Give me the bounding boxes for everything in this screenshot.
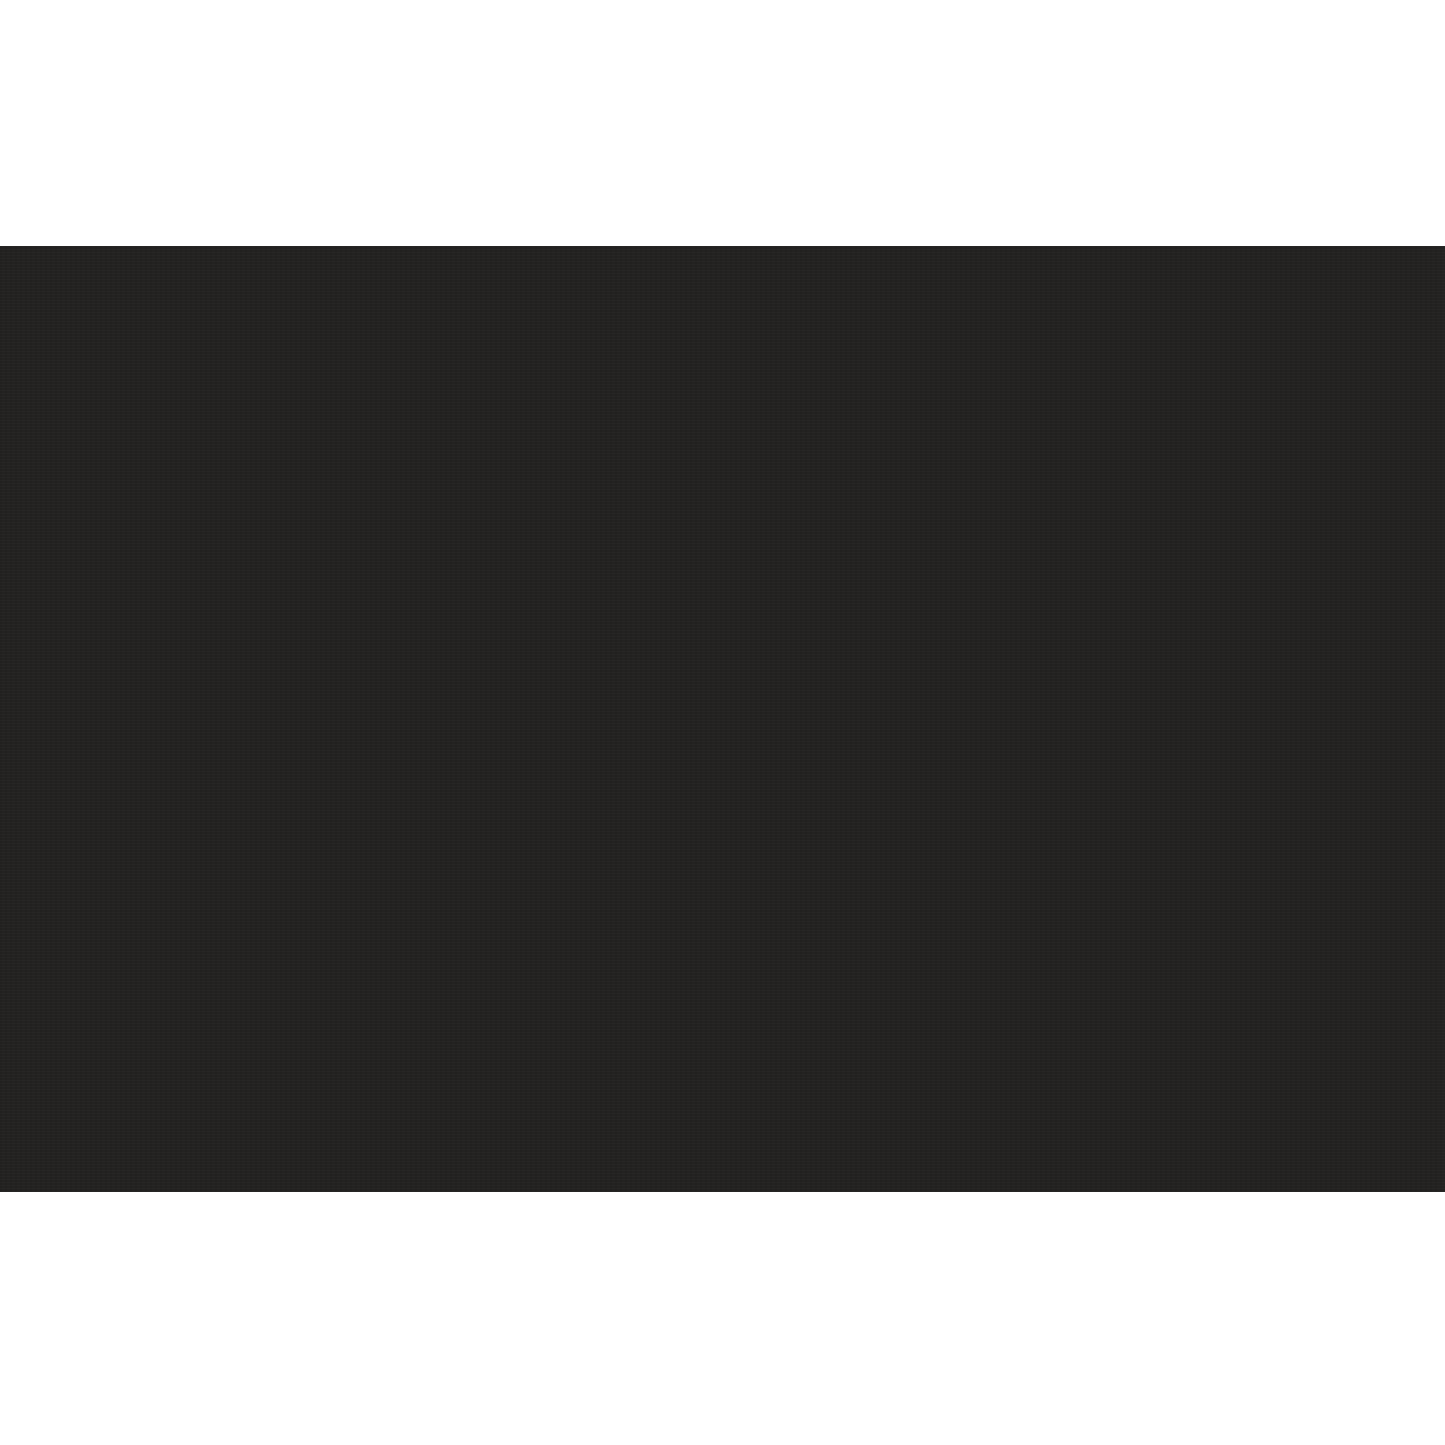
photo-canvas [0,0,1445,1445]
scan-background [0,246,1445,1192]
